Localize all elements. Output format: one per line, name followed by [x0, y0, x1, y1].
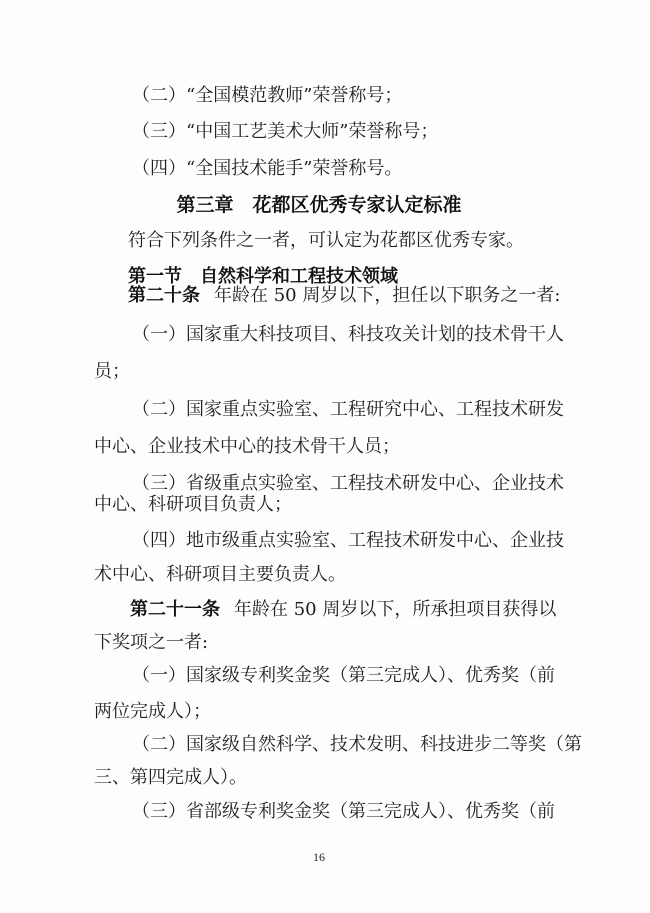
article-21-cont: 下奖项之一者: — [94, 625, 208, 661]
list-item-honor-3: （三）“中国工艺美术大师”荣誉称号； — [132, 114, 438, 150]
article-20-item-4: （四）地市级重点实验室、工程技术研发中心、企业技 — [132, 523, 544, 559]
article-21-item-1-cont: 两位完成人）； — [94, 694, 211, 730]
article-21-text: 年龄在 50 周岁以下，所承担项目获得以 — [234, 599, 556, 620]
article-20-item-3-cont: 中心、科研项目负责人； — [94, 487, 292, 523]
article-21-item-1: （一）国家级专利奖金奖（第三完成人）、优秀奖（前 — [132, 658, 544, 694]
article-20-item-4-cont: 术中心、科研项目主要负责人。 — [94, 557, 346, 593]
article-20-label: 第二十条 — [128, 285, 200, 306]
list-item-honor-4: （四）“全国技术能手”荣誉称号。 — [132, 151, 402, 187]
page-number: 16 — [313, 850, 325, 865]
article-20-item-2: （二）国家重点实验室、工程研究中心、工程技术研发 — [132, 392, 544, 428]
document-page: （二）“全国模范教师”荣誉称号； （三）“中国工艺美术大师”荣誉称号； （四）“… — [0, 0, 650, 913]
article-20: 第二十条年龄在 50 周岁以下，担任以下职务之一者: — [128, 278, 544, 314]
article-20-text: 年龄在 50 周岁以下，担任以下职务之一者: — [214, 285, 560, 306]
list-item-honor-2: （二）“全国模范教师”荣誉称号； — [132, 78, 402, 114]
article-21-item-2-cont: 三、第四完成人）。 — [94, 760, 247, 796]
article-21-item-2: （二）国家级自然科学、技术发明、科技进步二等奖（第 — [132, 727, 544, 763]
paragraph-intro: 符合下列条件之一者，可认定为花都区优秀专家。 — [128, 223, 524, 259]
article-21-item-3: （三）省部级专利奖金奖（第三完成人）、优秀奖（前 — [132, 794, 544, 830]
article-20-item-2-cont: 中心、企业技术中心的技术骨干人员； — [94, 429, 400, 465]
article-20-item-1: （一）国家重大科技项目、科技攻关计划的技术骨干人 — [132, 317, 544, 353]
article-21-label: 第二十一条 — [130, 599, 220, 620]
chapter-heading: 第三章 花都区优秀专家认定标准 — [94, 187, 544, 223]
article-20-item-1-cont: 员； — [94, 354, 130, 390]
article-21: 第二十一条年龄在 50 周岁以下，所承担项目获得以 — [130, 592, 544, 628]
